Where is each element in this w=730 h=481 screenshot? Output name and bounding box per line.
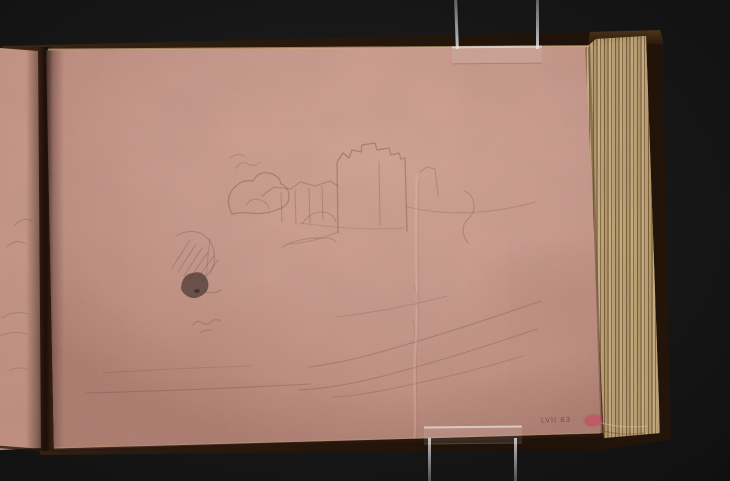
paper-grain-texture bbox=[0, 28, 672, 458]
top-strap-right-strand bbox=[536, 0, 539, 49]
bottom-strap-right-strand bbox=[514, 438, 517, 481]
sketch-and-texture-overlay bbox=[0, 0, 730, 481]
bottom-strap-band bbox=[424, 425, 522, 444]
top-strap-band bbox=[452, 46, 542, 65]
sketchbook-photograph: LVII 63 bbox=[0, 0, 730, 481]
